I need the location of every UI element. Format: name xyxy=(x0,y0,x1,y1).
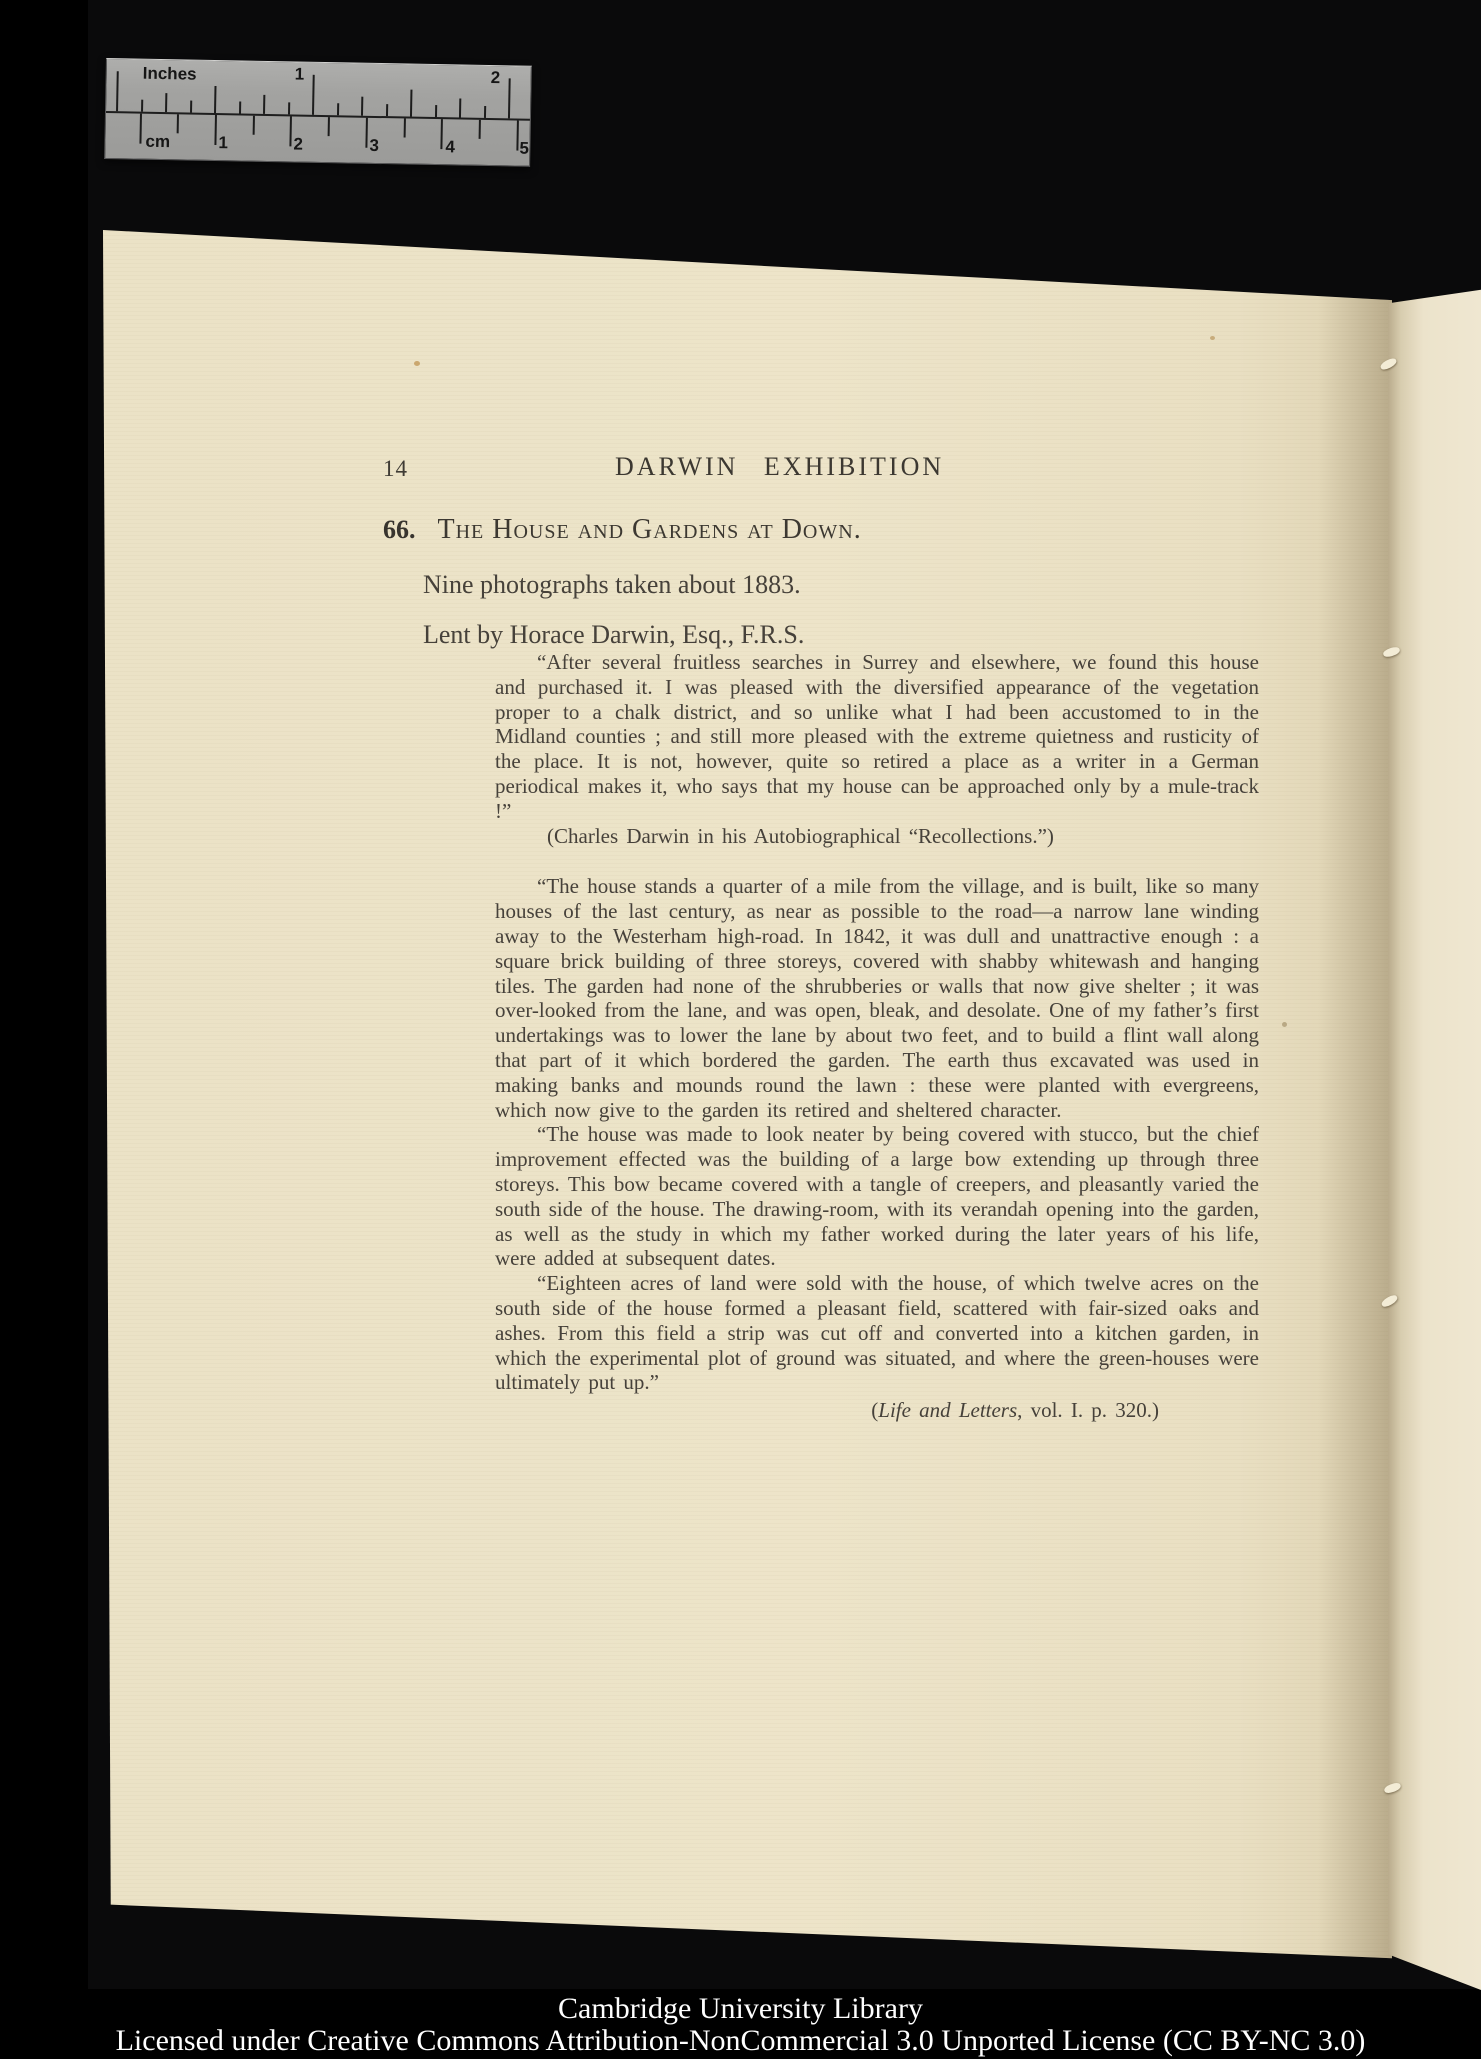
quote-paragraph-2: “The house stands a quarter of a mile fr… xyxy=(495,874,1259,1122)
ruler-cm-number-4: 4 xyxy=(445,137,455,157)
quotation-block: “After several fruitless searches in Sur… xyxy=(495,650,1259,1423)
item-title: The House and Gardens at Down. xyxy=(438,514,862,545)
ruler-tick xyxy=(410,90,412,117)
footer-institution: Cambridge University Library xyxy=(0,1993,1481,2025)
paper-speck xyxy=(1210,336,1215,340)
ruler-tick xyxy=(441,119,444,149)
ruler-inch-number-2: 2 xyxy=(491,68,501,88)
ruler-cm-number-5: 5 xyxy=(519,139,529,159)
ruler-cm-number-3: 3 xyxy=(369,136,379,156)
ruler-tick xyxy=(361,97,363,116)
ruler-inches-label: Inches xyxy=(143,64,197,85)
ruler-cm-label: cm xyxy=(145,132,170,152)
ruler-cm-number-1: 1 xyxy=(218,133,228,153)
ruler-tick xyxy=(177,114,179,133)
ruler-tick xyxy=(116,71,119,111)
ruler-tick xyxy=(385,104,387,116)
citation-volume-page: , vol. I. p. 320.) xyxy=(1017,1398,1159,1422)
library-footer: Cambridge University Library Licensed un… xyxy=(0,1993,1481,2057)
paper-speck xyxy=(414,361,420,366)
ruler-tick xyxy=(214,86,216,113)
ruler-tick xyxy=(190,101,192,113)
item-number: 66. xyxy=(383,515,416,544)
quote-attribution: (Charles Darwin in his Autobiographical … xyxy=(547,824,1259,849)
ruler-divider-line xyxy=(106,111,530,121)
ruler-tick xyxy=(328,117,330,136)
ruler-tick xyxy=(508,78,511,118)
facing-page-edge xyxy=(1388,288,1481,1990)
ruler-tick xyxy=(516,121,519,151)
ruler-tick xyxy=(312,75,315,115)
ruler-cm-number-2: 2 xyxy=(293,134,303,154)
quote-paragraph-4: “Eighteen acres of land were sold with t… xyxy=(495,1271,1259,1395)
ruler-tick xyxy=(214,115,217,145)
paper-speck xyxy=(1282,1022,1287,1027)
ruler-tick xyxy=(263,95,265,114)
running-header: DARWIN EXHIBITION xyxy=(615,452,944,482)
item-subtitle: Nine photographs taken about 1883. xyxy=(423,570,801,600)
page-gutter-shadow xyxy=(1318,230,1392,1960)
quote-paragraph-1: “After several fruitless searches in Sur… xyxy=(495,650,1259,824)
black-margin-strip xyxy=(0,0,88,2059)
ruler-tick xyxy=(165,93,167,112)
ruler-tick xyxy=(336,103,338,115)
ruler-tick xyxy=(141,100,143,112)
ruler-tick xyxy=(434,105,436,117)
book-page: 14 DARWIN EXHIBITION 66.The House and Ga… xyxy=(103,230,1392,1960)
measurement-ruler: Inches 1 2 cm 1 2 3 4 5 xyxy=(104,58,532,167)
ruler-tick xyxy=(290,116,293,146)
quote-paragraph-3: “The house was made to look neater by be… xyxy=(495,1122,1259,1271)
source-citation: (Life and Letters, vol. I. p. 320.) xyxy=(495,1398,1259,1423)
ruler-tick xyxy=(252,116,254,135)
ruler-tick xyxy=(365,118,368,148)
ruler-tick xyxy=(239,101,241,113)
citation-work-title: Life and Letters xyxy=(878,1398,1017,1422)
page-number: 14 xyxy=(383,456,408,482)
ruler-tick xyxy=(287,102,289,114)
ruler-tick xyxy=(459,98,461,117)
ruler-tick xyxy=(478,120,480,139)
ruler-tick xyxy=(139,114,142,144)
ruler-tick xyxy=(403,118,405,137)
ruler-tick xyxy=(483,106,485,118)
item-lender-line: Lent by Horace Darwin, Esq., F.R.S. xyxy=(423,620,804,650)
ruler-inch-number-1: 1 xyxy=(295,64,305,84)
footer-license: Licensed under Creative Commons Attribut… xyxy=(0,2025,1481,2057)
catalogue-item-heading: 66.The House and Gardens at Down. xyxy=(383,514,862,546)
